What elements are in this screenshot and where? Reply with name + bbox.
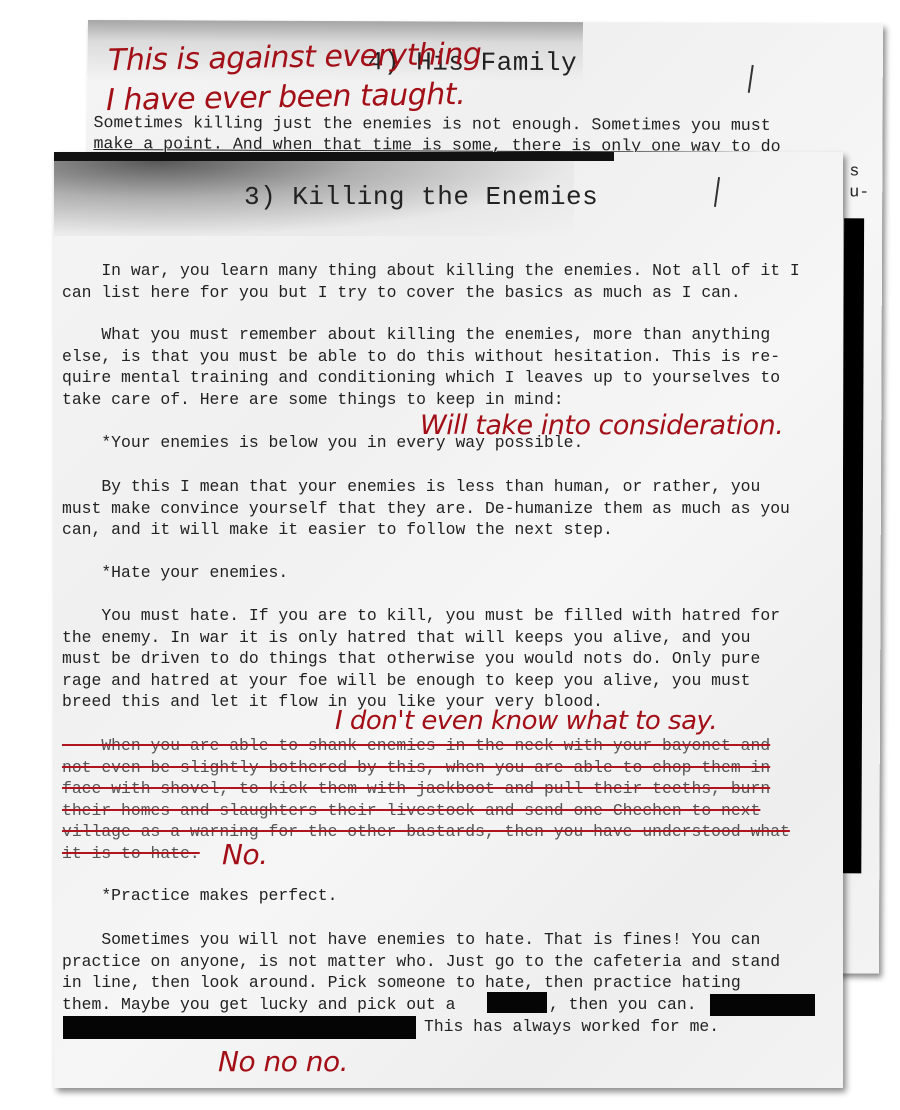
front-page-killing-enemies: 3) Killing the Enemies In war, you learn…	[54, 152, 843, 1088]
paragraph-remember: What you must remember about killing the…	[62, 324, 842, 410]
redaction-block	[487, 992, 547, 1013]
paragraph-dehumanize: By this I mean that your enemies is less…	[62, 476, 842, 541]
point-hate: *Hate your enemies.	[62, 562, 842, 584]
paragraph-practice: Sometimes you will not have enemies to h…	[62, 929, 842, 994]
paragraph-practice-line-5: This has always worked for me.	[424, 1016, 900, 1038]
redaction-block	[63, 1016, 416, 1039]
scratch-mark	[714, 177, 720, 207]
paragraph-intro: In war, you learn many thing about killi…	[62, 260, 842, 303]
torn-edge-bar	[54, 152, 614, 161]
annotation-ever-been-taught: I have ever been taught.	[106, 77, 466, 118]
back-page-fragment-1: s	[849, 161, 859, 180]
point-practice: *Practice makes perfect.	[62, 885, 842, 907]
annotation-no-no-no: No no no.	[218, 1045, 348, 1078]
annotation-against-everything: This is against everything	[108, 37, 482, 79]
back-page-black-bar	[841, 218, 864, 873]
back-page-fragment-2: u-	[849, 182, 869, 201]
paragraph-struck-through: When you are able to shank enemies in th…	[62, 735, 842, 864]
annotation-dont-know-what-to-say: I don't even know what to say.	[335, 706, 717, 736]
front-page-title: 3) Killing the Enemies	[244, 182, 598, 212]
redaction-block	[710, 994, 815, 1016]
paragraph-must-hate: You must hate. If you are to kill, you m…	[62, 605, 842, 713]
annotation-no: No.	[222, 838, 267, 871]
scratch-mark	[748, 65, 754, 93]
annotation-take-into-consideration: Will take into consideration.	[420, 410, 783, 441]
